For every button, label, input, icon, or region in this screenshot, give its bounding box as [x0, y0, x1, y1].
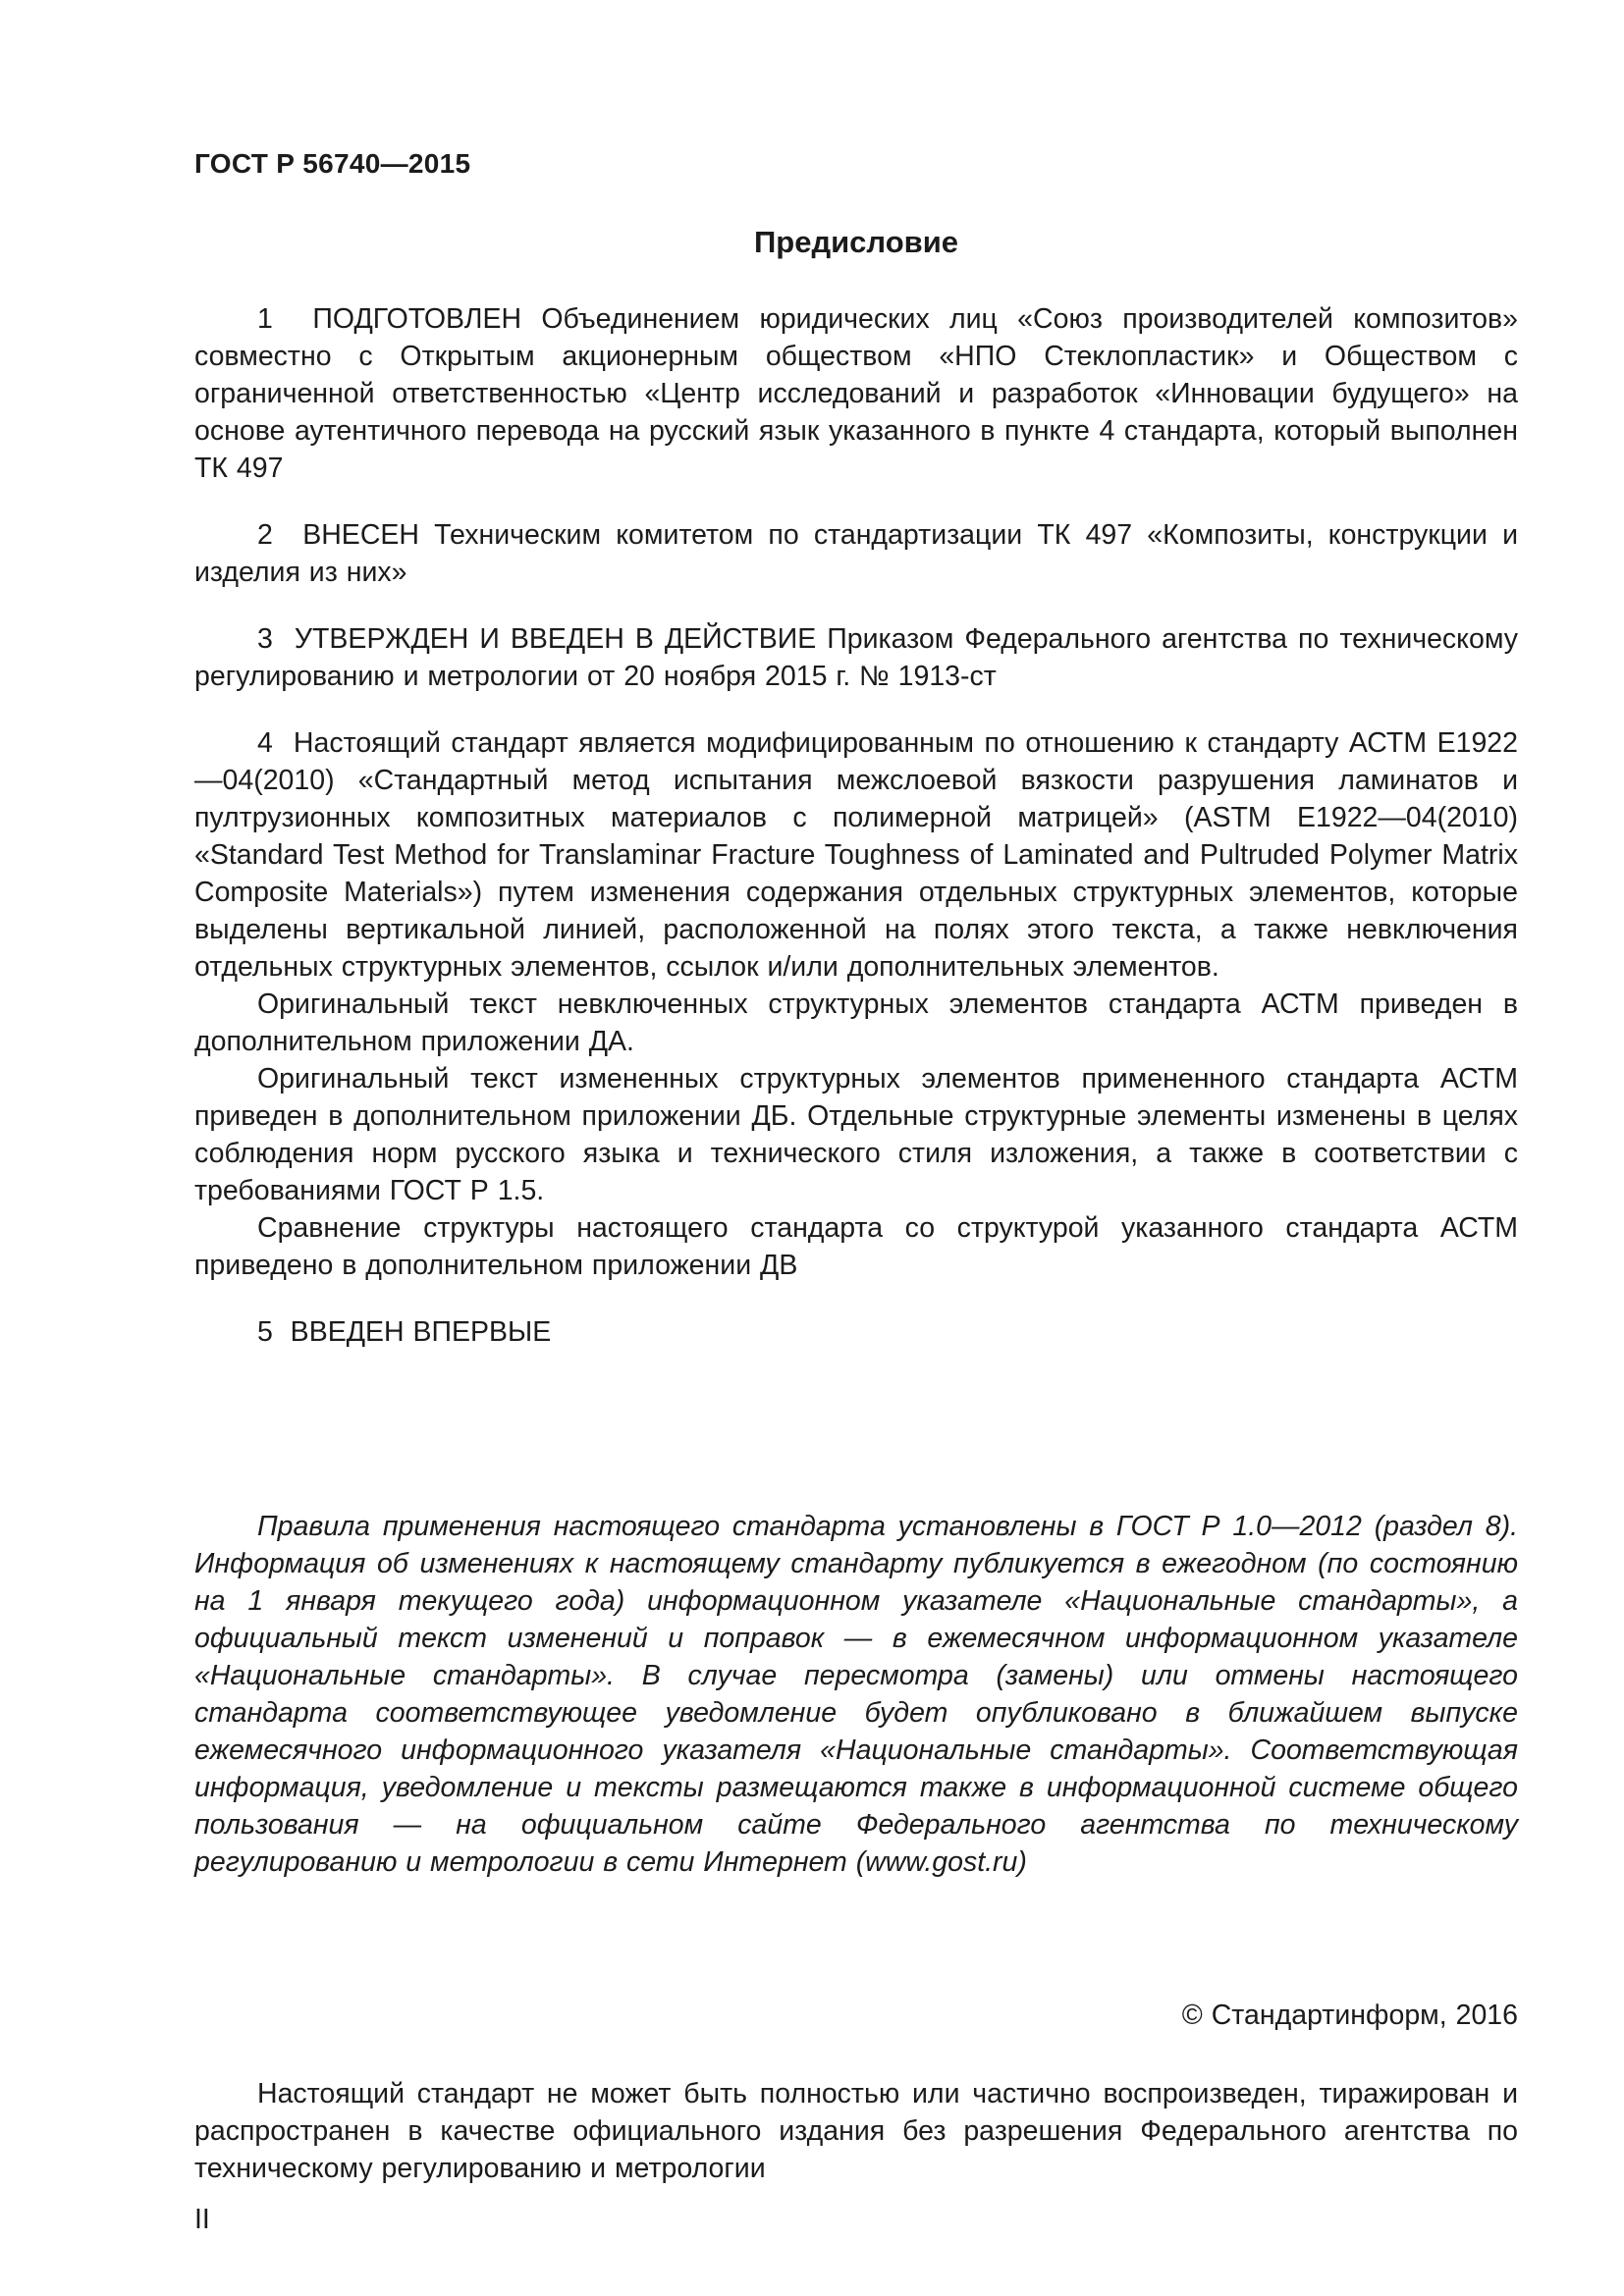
- document-page: ГОСТ Р 56740—2015 Предисловие 1 ПОДГОТОВ…: [0, 0, 1624, 2296]
- foreword-item-submitted: 2 ВНЕСЕН Техническим комитетом по станда…: [194, 516, 1518, 591]
- reproduction-restriction: Настоящий стандарт не может быть полност…: [194, 2075, 1518, 2187]
- doc-code: ГОСТ Р 56740—2015: [194, 147, 1518, 181]
- foreword-item-approved: 3 УТВЕРЖДЕН И ВВЕДЕН В ДЕЙСТВИЕ Приказом…: [194, 620, 1518, 695]
- copyright-line: © Стандартинформ, 2016: [194, 1997, 1518, 2034]
- page-content: ГОСТ Р 56740—2015 Предисловие 1 ПОДГОТОВ…: [0, 0, 1624, 2238]
- foreword-item-prepared: 1 ПОДГОТОВЛЕН Объединением юридических л…: [194, 300, 1518, 487]
- application-rules-note: Правила применения настоящего стандарта …: [194, 1508, 1518, 1881]
- foreword-note-annex-db: Оригинальный текст измененных структурны…: [194, 1060, 1518, 1209]
- foreword-note-annex-dv: Сравнение структуры настоящего стандарта…: [194, 1209, 1518, 1284]
- foreword-item-modified-standard: 4 Настоящий стандарт является модифициро…: [194, 724, 1518, 986]
- foreword-note-annex-da: Оригинальный текст невключенных структур…: [194, 986, 1518, 1060]
- page-number: II: [194, 2201, 1518, 2238]
- page-title: Предисловие: [194, 224, 1518, 261]
- foreword-item-first-introduced: 5 ВВЕДЕН ВПЕРВЫЕ: [194, 1313, 1518, 1351]
